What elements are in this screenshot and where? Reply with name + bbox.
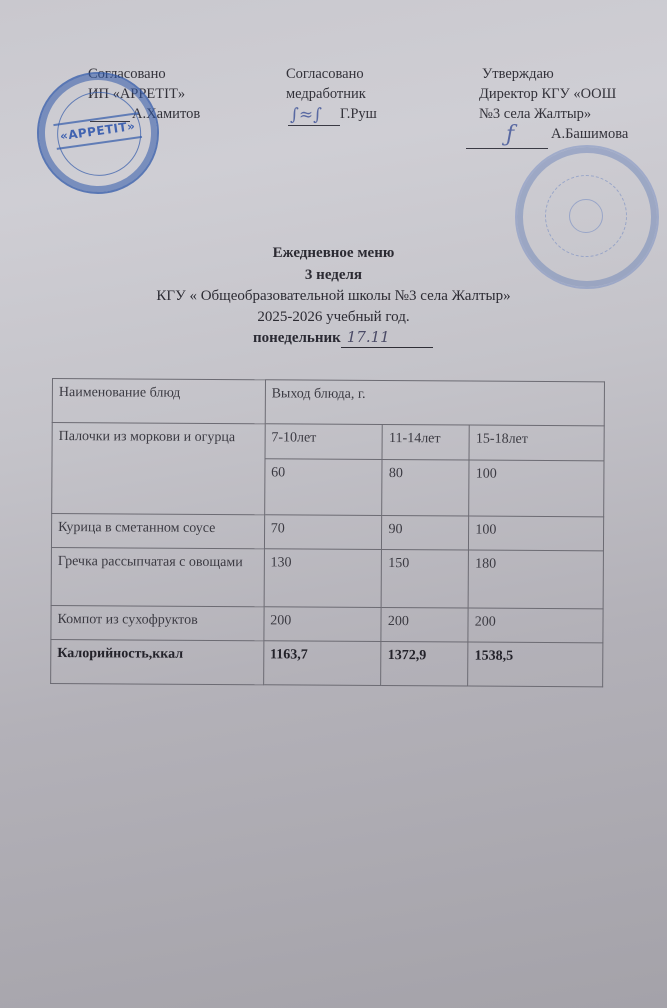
medic-signature-line [288,125,340,126]
age-group: 11-14лет [382,425,469,461]
table-row: Палочки из моркови и огурца 7-10лет 11-1… [52,423,604,461]
director-approve-label: Утверждаю [479,64,628,84]
menu-table: Наименование блюд Выход блюда, г. Палочк… [50,378,605,687]
yield-value: 80 [382,460,469,517]
yield-value: 150 [382,550,469,609]
yield-value: 100 [469,516,604,551]
director-signature-line [466,148,548,149]
yield-value: 70 [264,515,382,550]
yield-value: 200 [381,608,468,643]
total-row: Калорийность,ккал 1163,7 1372,9 1538,5 [51,639,603,686]
yield-value: 200 [468,608,603,643]
total-value: 1163,7 [263,641,381,686]
dish-name: Палочки из моркови и огурца [52,423,265,515]
school-name: КГУ « Общеобразовательной школы №3 села … [0,286,667,306]
dish-name: Компот из сухофруктов [51,605,264,640]
school-year: 2025-2026 учебный год. [0,307,667,327]
total-label: Калорийность,ккал [51,639,264,684]
table-row: Курица в сметанном соусе 70 90 100 [51,514,603,551]
yield-value: 130 [264,549,382,608]
approval-block-director: Утверждаю Директор КГУ «ООШ №3 села Жалт… [479,64,628,144]
medic-agreed-label: Согласовано [286,64,377,84]
age-group: 15-18лет [469,425,604,461]
total-value: 1372,9 [381,642,468,687]
yield-value: 180 [468,550,603,609]
dish-name: Курица в сметанном соусе [51,514,264,549]
dish-name: Гречка рассыпчатая с овощами [51,547,264,606]
header-dish: Наименование блюд [52,379,265,424]
yield-value: 100 [469,460,604,517]
yield-value: 200 [264,607,382,642]
header-yield: Выход блюда, г. [265,380,605,426]
director-signature-icon: ƒ [506,122,514,147]
total-value: 1538,5 [468,642,603,687]
week-label: 3 неделя [0,265,667,285]
table-row: Гречка рассыпчатая с овощами 130 150 180 [51,547,603,608]
medic-role: медработник [286,84,377,104]
director-school: №3 села Жалтыр» [479,104,628,124]
day-date-field: 17.11 [341,331,433,348]
age-group: 7-10лет [265,424,383,460]
yield-value: 90 [382,516,469,551]
yield-value: 60 [264,459,382,516]
director-title: Директор КГУ «ООШ [479,84,628,104]
day-label: понедельник [253,330,341,346]
director-signatory: А.Башимова [479,124,628,144]
day-date: 17.11 [347,327,390,347]
day-row: понедельник17.11 [253,328,433,348]
medic-signature-icon: ∫≈∫ [290,105,322,125]
document-title: Ежедневное меню [0,243,667,263]
table-header-row: Наименование блюд Выход блюда, г. [52,379,604,426]
table-row: Компот из сухофруктов 200 200 200 [51,605,603,642]
